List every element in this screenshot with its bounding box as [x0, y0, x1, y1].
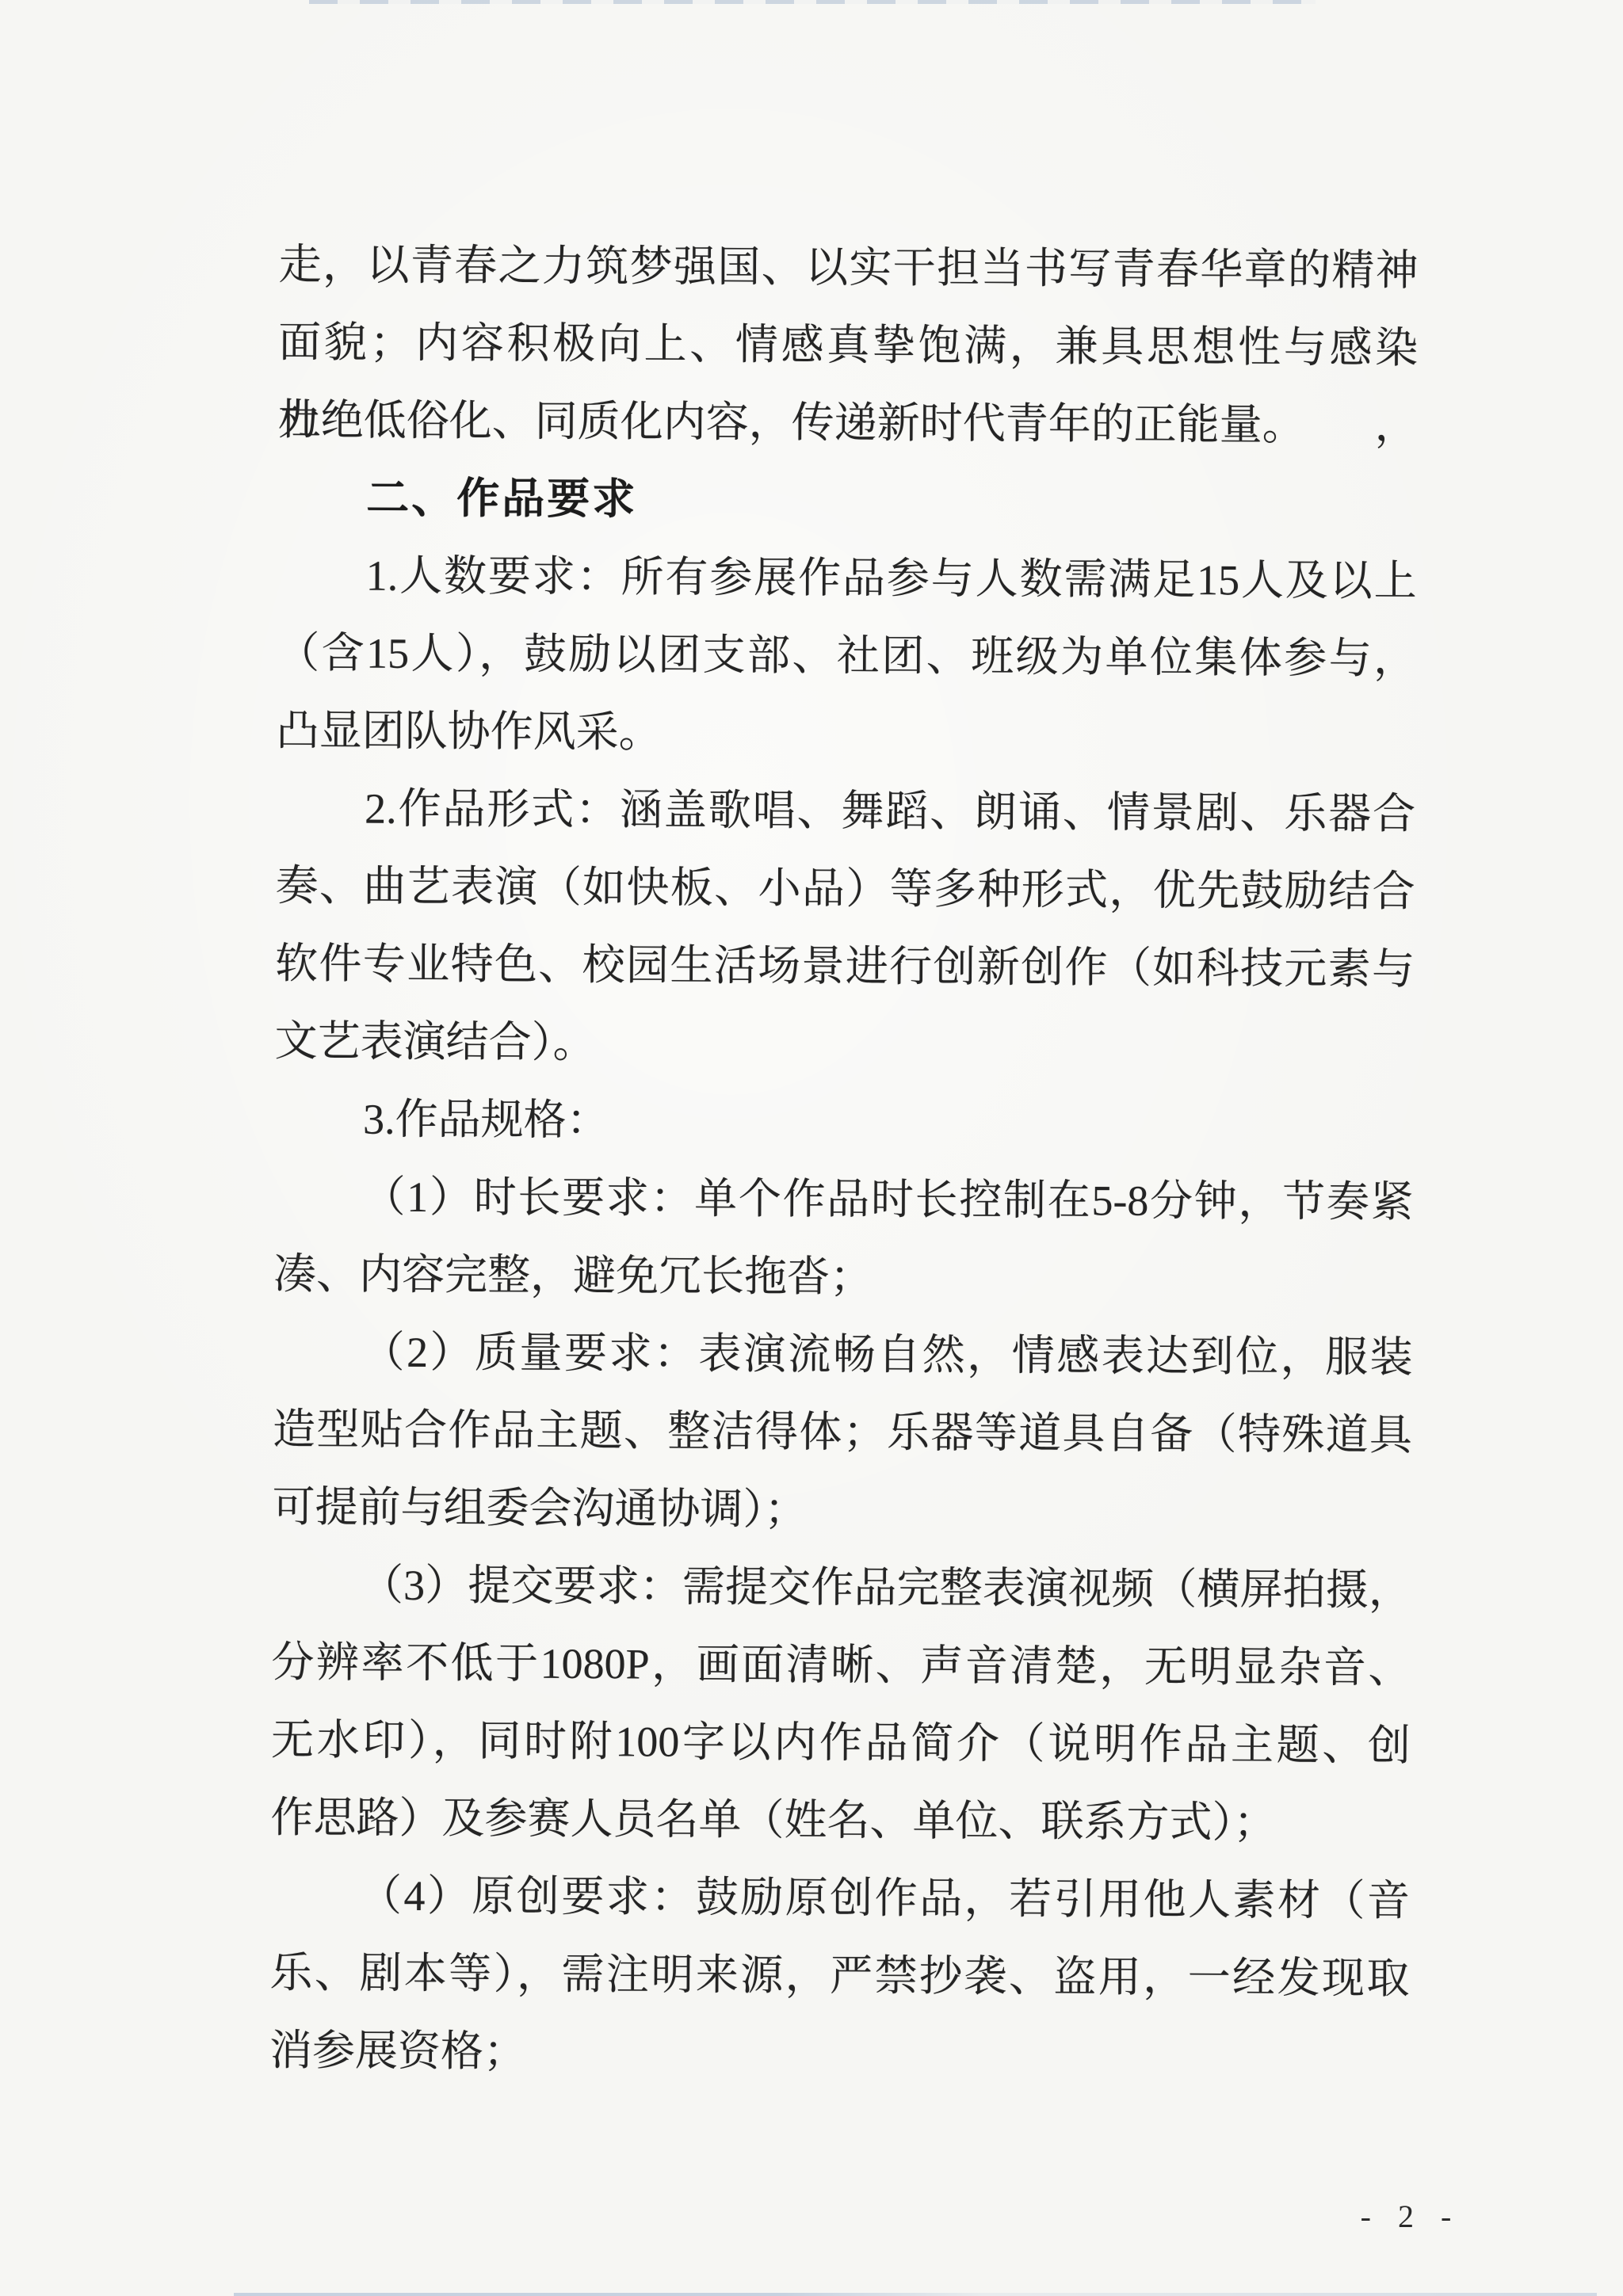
- text-line: 乐、剧本等），需注明来源，严禁抄袭、盗用，一经发现取: [269, 1934, 1409, 2018]
- text-line: 奏、曲艺表演（如快板、小品）等多种形式，优先鼓励结合: [275, 847, 1415, 931]
- scan-artifact-bottom-edge: [234, 2293, 1597, 2296]
- text-line: （3）提交要求：需提交作品完整表演视频（横屏拍摄，: [272, 1546, 1411, 1630]
- text-line: 3.作品规格：: [274, 1080, 1414, 1164]
- text-line: 分辨率不低于1080P，画面清晰、声音清楚，无明显杂音、: [271, 1623, 1411, 1707]
- text-line: 1.人数要求：所有参展作品参与人数需满足15人及以上: [277, 536, 1416, 620]
- text-line: 文艺表演结合）。: [274, 1002, 1414, 1086]
- text-line: （1）时长要求：单个作品时长控制在5-8分钟，节奏紧: [273, 1158, 1413, 1241]
- document-body: 走，以青春之力筑梦强国、以实干担当书写青春华章的精神 面貌；内容积极向上、情感真…: [269, 226, 1419, 2095]
- text-line: （2）质量要求：表演流畅自然，情感表达到位，服装: [273, 1313, 1412, 1397]
- page-number: - 2 -: [1331, 2191, 1490, 2242]
- text-line: 作思路）及参赛人员名单（姓名、单位、联系方式）；: [270, 1779, 1410, 1863]
- text-line: 面貌；内容积极向上、情感真挚饱满，兼具思想性与感染力，: [278, 303, 1418, 387]
- text-line: 杜绝低俗化、同质化内容，传递新时代青年的正能量。: [277, 381, 1417, 465]
- text-line: 可提前与组委会沟通协调）；: [272, 1468, 1411, 1552]
- text-line: （含15人），鼓励以团支部、社团、班级为单位集体参与，: [277, 614, 1416, 698]
- text-line: 2.作品形式：涵盖歌唱、舞蹈、朗诵、情景剧、乐器合: [276, 769, 1415, 853]
- document-page: 走，以青春之力筑梦强国、以实干担当书写青春华章的精神 面貌；内容积极向上、情感真…: [0, 0, 1623, 2296]
- scan-artifact-top-edge: [309, 0, 1316, 4]
- text-line: 凸显团队协作风采。: [276, 692, 1415, 776]
- text-line: （4）原创要求：鼓励原创作品，若引用他人素材（音: [270, 1856, 1410, 1940]
- text-line: 凑、内容完整，避免冗长拖沓；: [273, 1235, 1413, 1319]
- text-line: 消参展资格；: [269, 2012, 1409, 2096]
- text-line: 走，以青春之力筑梦强国、以实干担当书写青春华章的精神: [278, 226, 1418, 310]
- text-line: 软件专业特色、校园生活场景进行创新创作（如科技元素与: [275, 925, 1415, 1009]
- text-line: 无水印），同时附100字以内作品简介（说明作品主题、创: [271, 1701, 1411, 1785]
- text-line: 造型贴合作品主题、整洁得体；乐器等道具自备（特殊道具: [273, 1390, 1412, 1474]
- section-heading: 二、作品要求: [277, 459, 1417, 543]
